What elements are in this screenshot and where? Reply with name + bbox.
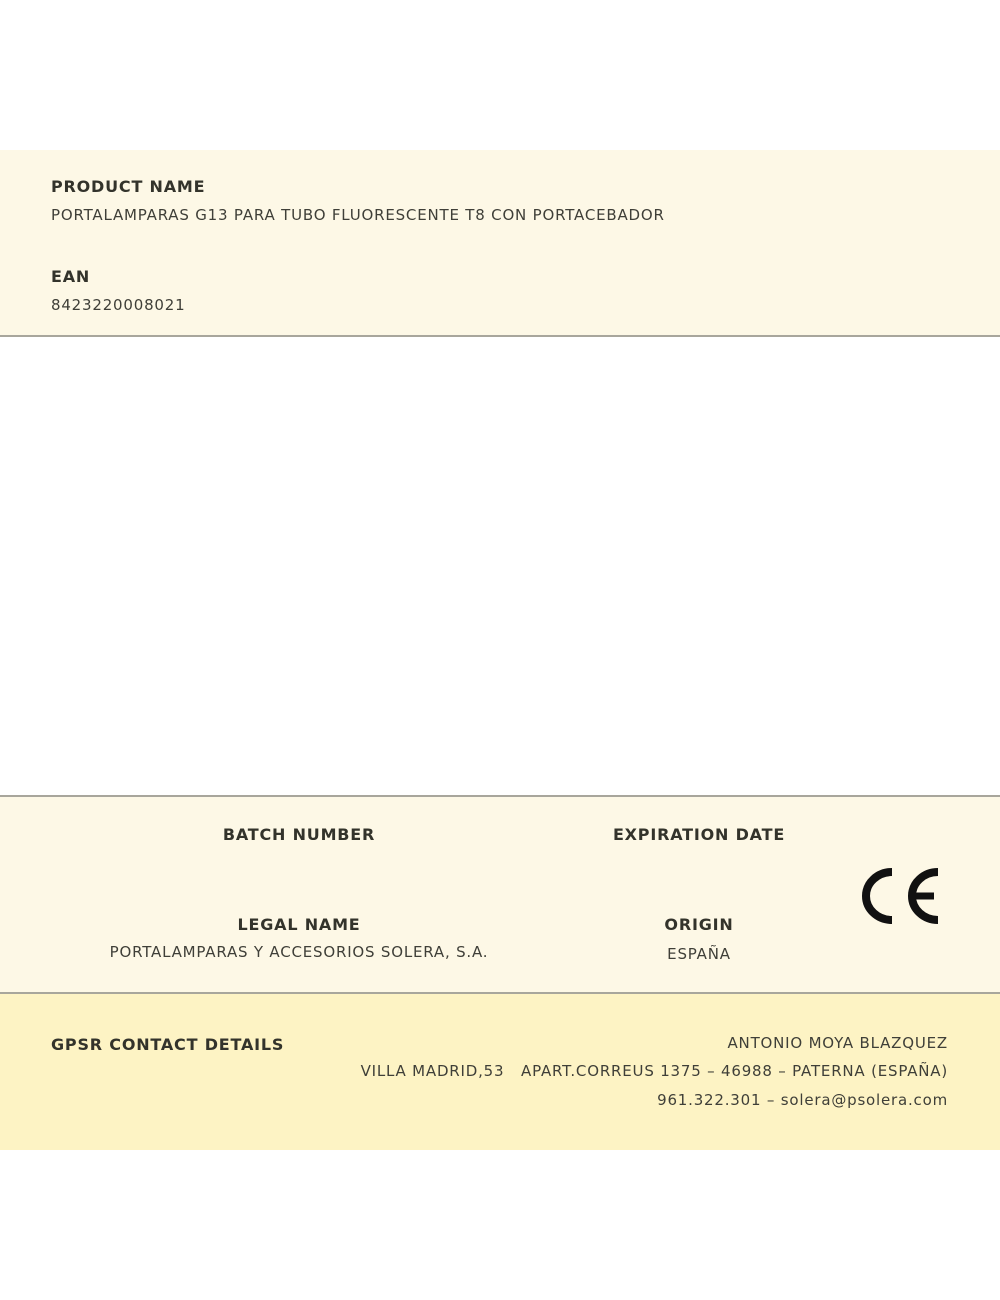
legal-name-value: PORTALAMPARAS Y ACCESORIOS SOLERA, S.A. bbox=[110, 943, 489, 961]
product-info-section bbox=[0, 795, 1000, 994]
legal-name-label: LEGAL NAME bbox=[237, 915, 360, 934]
origin-value: ESPAÑA bbox=[667, 945, 731, 963]
ean-label: EAN bbox=[51, 267, 90, 286]
gpsr-contact-address: VILLA MADRID,53 APART.CORREUS 1375 – 469… bbox=[361, 1062, 948, 1080]
gpsr-contact-phone-email: 961.322.301 – solera@psolera.com bbox=[657, 1091, 948, 1109]
gpsr-contact-name: ANTONIO MOYA BLAZQUEZ bbox=[728, 1034, 949, 1052]
ce-mark-icon bbox=[858, 866, 942, 926]
product-name-label: PRODUCT NAME bbox=[51, 177, 205, 196]
batch-number-label: BATCH NUMBER bbox=[223, 825, 375, 844]
gpsr-contact-label: GPSR CONTACT DETAILS bbox=[51, 1035, 284, 1054]
product-name-value: PORTALAMPARAS G13 PARA TUBO FLUORESCENTE… bbox=[51, 206, 665, 224]
origin-label: ORIGIN bbox=[664, 915, 733, 934]
expiration-date-label: EXPIRATION DATE bbox=[613, 825, 785, 844]
ean-value: 8423220008021 bbox=[51, 296, 185, 314]
